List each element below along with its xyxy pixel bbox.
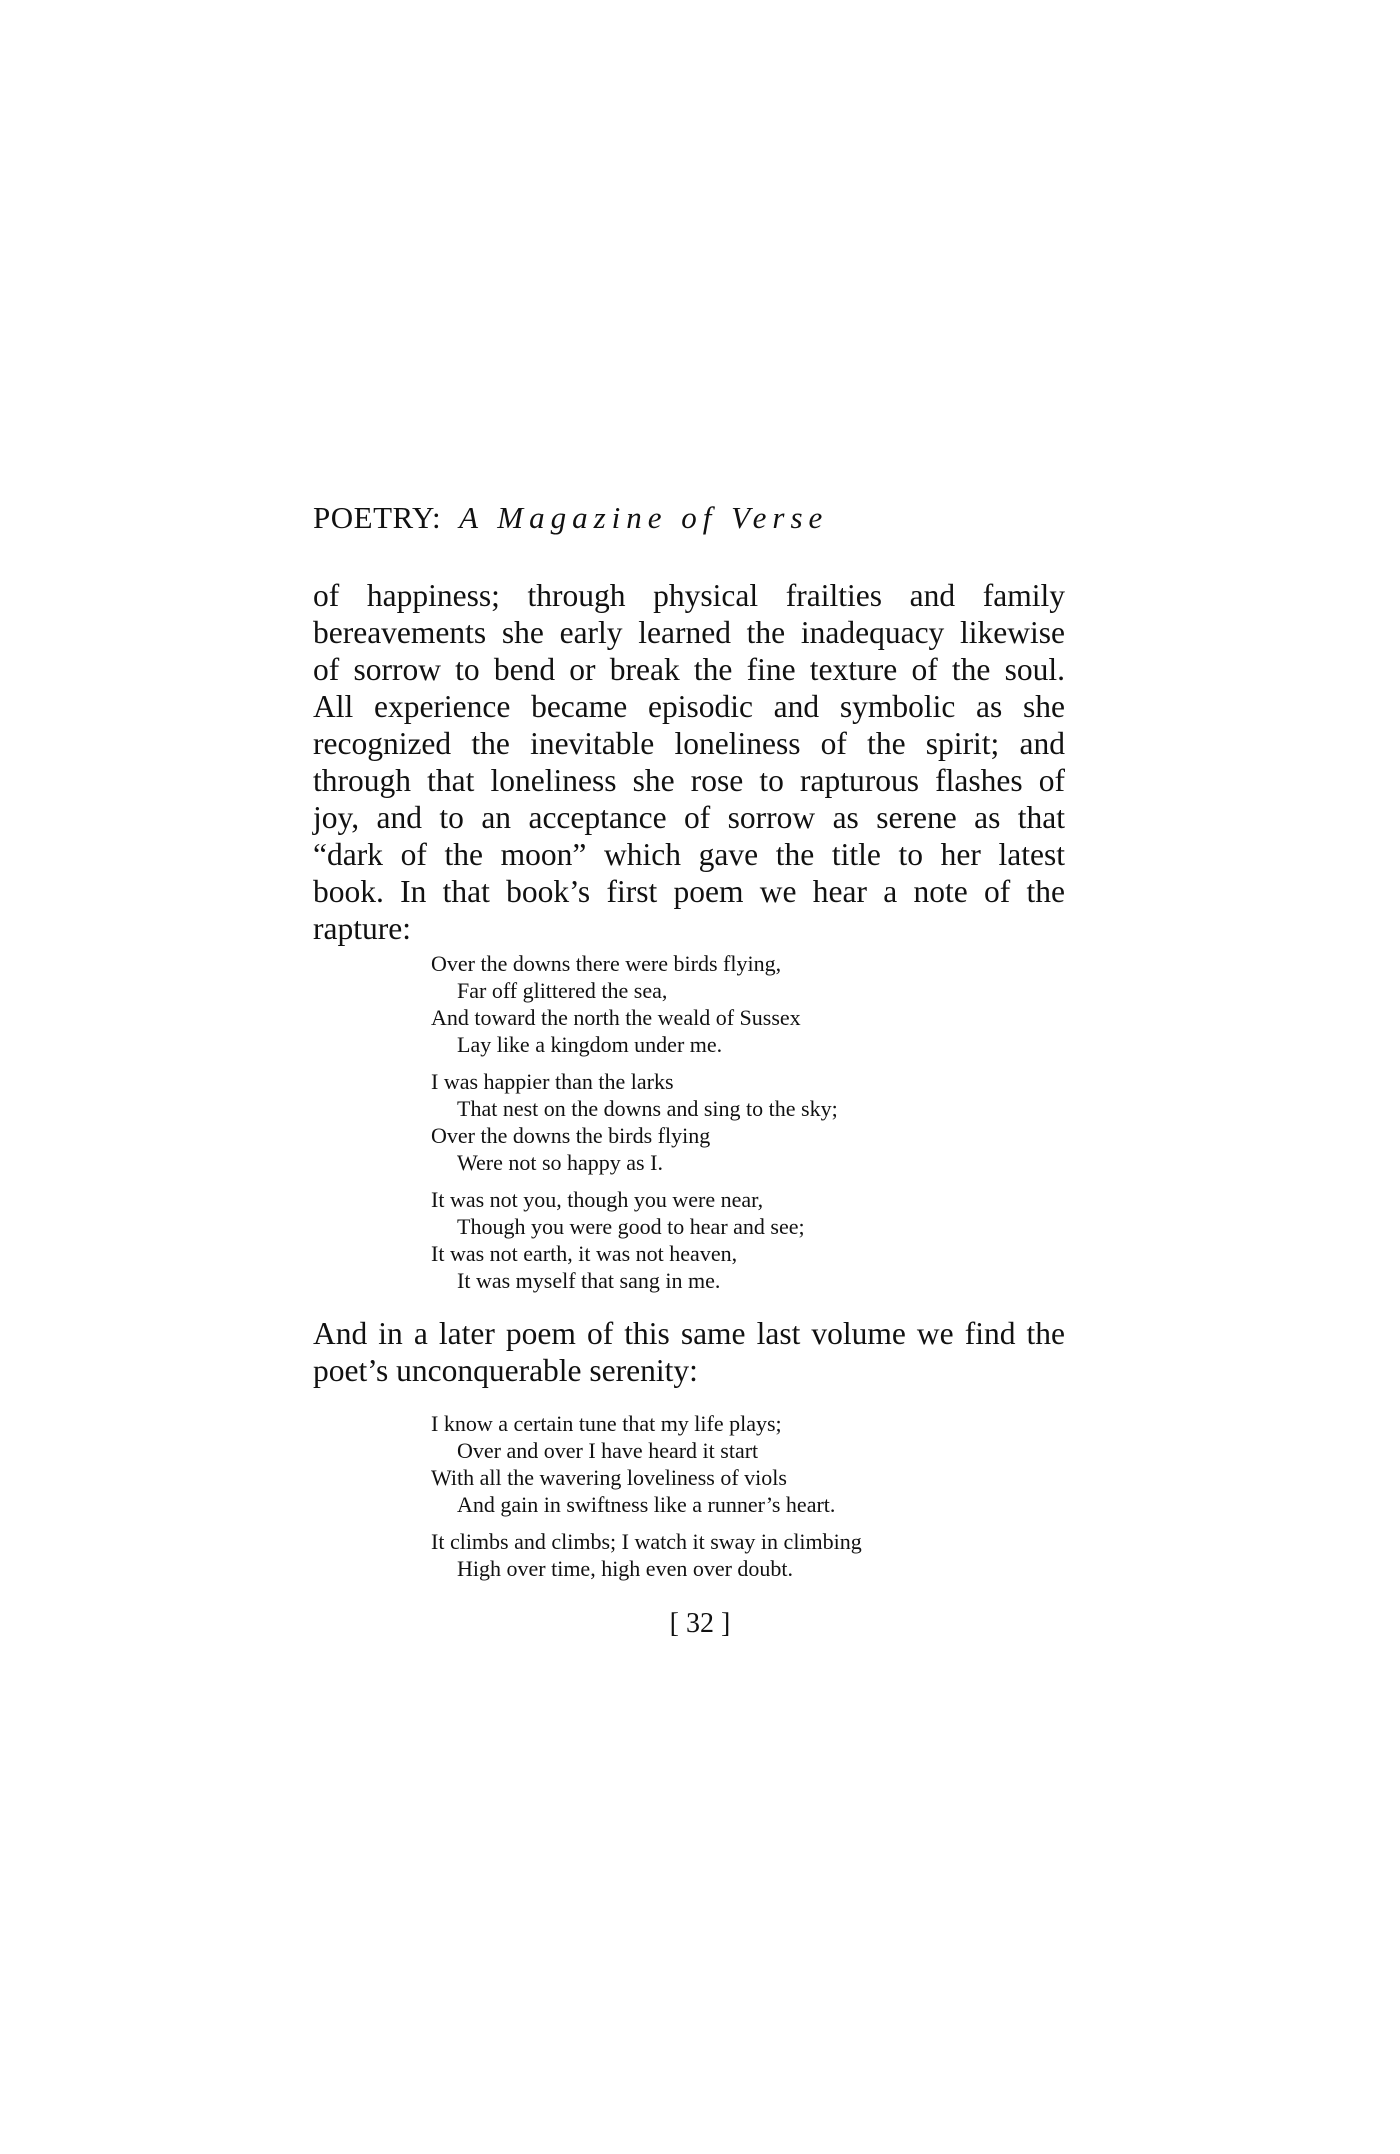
poem-quote-1: Over the downs there were birds flying, … bbox=[431, 950, 838, 1304]
poem-quote-2: I know a certain tune that my life plays… bbox=[431, 1410, 862, 1592]
journal-subtitle: A Magazine of Verse bbox=[459, 500, 828, 535]
poem-line: That nest on the downs and sing to the s… bbox=[431, 1095, 838, 1122]
poem-line: Far off glittered the sea, bbox=[431, 977, 838, 1004]
journal-name: POETRY: bbox=[313, 500, 441, 535]
poem-line: And toward the north the weald of Sussex bbox=[431, 1004, 838, 1031]
text-line: rapture: bbox=[313, 910, 1065, 947]
poem-line: High over time, high even over doubt. bbox=[431, 1555, 862, 1582]
page-number: [ 32 ] bbox=[0, 1608, 1400, 1640]
poem-line: Over the downs the birds flying bbox=[431, 1122, 838, 1149]
text-line: poet’s unconquerable serenity: bbox=[313, 1352, 1065, 1389]
text-line: And in a later poem of this same last vo… bbox=[313, 1315, 1065, 1352]
stanza: Over the downs there were birds flying, … bbox=[431, 950, 838, 1058]
poem-line: I know a certain tune that my life plays… bbox=[431, 1410, 862, 1437]
poem-line: Were not so happy as I. bbox=[431, 1149, 838, 1176]
stanza: It was not you, though you were near, Th… bbox=[431, 1186, 838, 1294]
text-line: bereavements she early learned the inade… bbox=[313, 614, 1065, 651]
text-line: “dark of the moon” which gave the title … bbox=[313, 836, 1065, 873]
poem-line: It climbs and climbs; I watch it sway in… bbox=[431, 1528, 862, 1555]
poem-line: I was happier than the larks bbox=[431, 1068, 838, 1095]
body-paragraph-1: of happiness; through physical frailties… bbox=[313, 577, 1065, 947]
text-line: All experience became episodic and symbo… bbox=[313, 688, 1065, 725]
poem-line: And gain in swiftness like a runner’s he… bbox=[431, 1491, 862, 1518]
text-line: through that loneliness she rose to rapt… bbox=[313, 762, 1065, 799]
poem-line: It was not you, though you were near, bbox=[431, 1186, 838, 1213]
document-page: POETRY:A Magazine of Verse of happiness;… bbox=[0, 0, 1400, 2154]
running-header: POETRY:A Magazine of Verse bbox=[313, 500, 828, 536]
poem-line: Though you were good to hear and see; bbox=[431, 1213, 838, 1240]
text-line: book. In that book’s first poem we hear … bbox=[313, 873, 1065, 910]
body-paragraph-2: And in a later poem of this same last vo… bbox=[313, 1315, 1065, 1389]
poem-line: Lay like a kingdom under me. bbox=[431, 1031, 838, 1058]
poem-line: Over and over I have heard it start bbox=[431, 1437, 862, 1464]
text-line: of happiness; through physical frailties… bbox=[313, 577, 1065, 614]
stanza: It climbs and climbs; I watch it sway in… bbox=[431, 1528, 862, 1582]
text-line: joy, and to an acceptance of sorrow as s… bbox=[313, 799, 1065, 836]
poem-line: With all the wavering loveliness of viol… bbox=[431, 1464, 862, 1491]
stanza: I know a certain tune that my life plays… bbox=[431, 1410, 862, 1518]
poem-line: It was not earth, it was not heaven, bbox=[431, 1240, 838, 1267]
poem-line: Over the downs there were birds flying, bbox=[431, 950, 838, 977]
text-line: recognized the inevitable loneliness of … bbox=[313, 725, 1065, 762]
stanza: I was happier than the larks That nest o… bbox=[431, 1068, 838, 1176]
poem-line: It was myself that sang in me. bbox=[431, 1267, 838, 1294]
text-line: of sorrow to bend or break the fine text… bbox=[313, 651, 1065, 688]
